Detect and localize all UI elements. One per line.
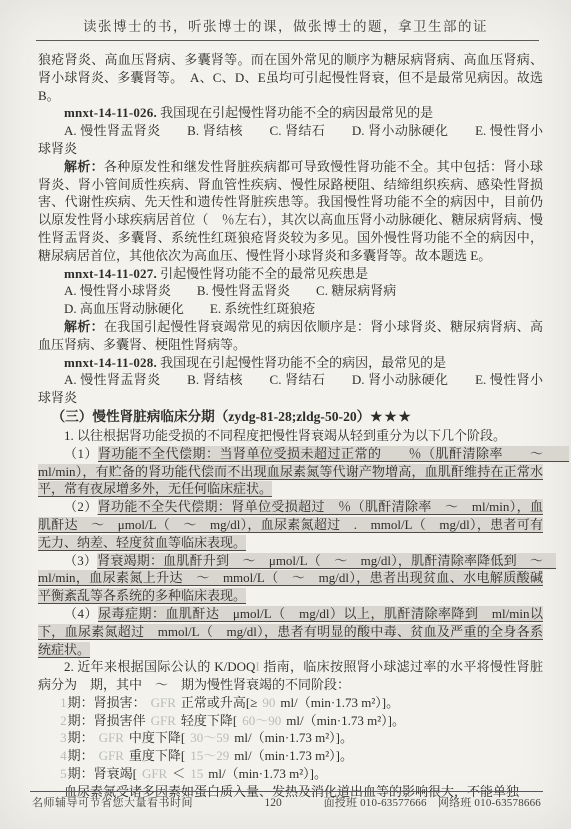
question-028: mnxt-14-11-028. 我国现在引起慢性肾功能不全的病因，最常见的是 (38, 354, 543, 372)
footer-rule (30, 791, 543, 792)
stage-2-gfr: GFR (151, 713, 176, 728)
analysis-026: 解析：各种原发性和继发性肾脏疾病都可导致慢性肾功能不全。其中包括：肾小球肾炎、肾… (38, 158, 543, 265)
staging-paragraph-1: （1）肾功能不全代偿期：当肾单位受损未超过正常的 ％（肌酐清除率 ～ ml/mi… (38, 445, 543, 498)
options-027-line1: A. 慢性肾小球肾炎 B. 慢性肾盂肾炎 C. 糖尿病肾病 (38, 282, 543, 300)
options-026: A. 慢性肾盂肾炎 B. 肾结核 C. 肾结石 D. 肾小动脉硬化 E. 慢性肾… (38, 122, 543, 158)
stage-1-desc: 正常或升高[≥ (181, 695, 257, 710)
stage-5-number: 5 (60, 766, 67, 781)
stage-2-number: 2 (60, 713, 67, 728)
staging-intro: 1. 以往根据肾功能受损的不同程度把慢性肾衰竭从轻到重分为以下几个阶段。 (38, 427, 543, 445)
footer-row: 名师辅导可节省您大量看书时间 120 面授班 010-63577666 网络班 … (32, 794, 541, 810)
section-heading: （三）慢性肾脏病临床分期（zydg-81-28;zldg-50-20）★★★ (38, 407, 543, 427)
analysis-027: 解析：在我国引起慢性肾衰竭常见的病因依顺序是：肾小球肾炎、糖尿病肾病、高血压肾病… (38, 318, 543, 354)
question-026-id: mnxt-14-11-026. (64, 105, 157, 120)
staging-paragraph-1-text: 肾功能不全代偿期：当肾单位受损未超过正常的 ％（肌酐清除率 ～ ml/min），… (38, 446, 569, 497)
gfr-stage-line-3: 3期：GFR中度下降[30～59ml/（min·1.73 m²）]。 (38, 729, 543, 747)
stage-1-gfr: GFR (151, 695, 176, 710)
stage-1-number: 1 (60, 695, 67, 710)
stage-1-unit: ml/（min·1.73 m²）]。 (280, 695, 399, 710)
question-028-stem: 我国现在引起慢性肾功能不全的病因，最常见的是 (160, 355, 446, 370)
stage-4-desc: 重度下降[ (129, 748, 185, 763)
kdoqi-paragraph: 2. 近年来根据国际公认的 K/DOQI 指南，临床按照肾小球滤过率的水平将慢性… (38, 658, 543, 694)
staging-paragraph-2-label: （2） (64, 499, 98, 514)
stage-4-number: 4 (60, 748, 67, 763)
question-026-stem: 我国现在引起慢性肾功能不全的病因最常见的是 (160, 105, 433, 120)
scanned-book-page: 读张博士的书，听张博士的课，做张博士的题，拿卫生部的证 狼疮肾炎、高血压肾病、多… (0, 0, 571, 829)
stage-3-gfr: GFR (99, 730, 124, 745)
stage-5-value: 15 (190, 766, 203, 781)
stage-1-value: 90 (262, 695, 275, 710)
analysis-026-label: 解析： (64, 159, 104, 174)
stage-3-unit: ml/（min·1.73 m²）]。 (234, 730, 353, 745)
stage-5-desc: ＜ (172, 766, 185, 781)
page-body: 狼疮肾炎、高血压肾病、多囊肾等。而在国外常见的顺序为糖尿病肾病、高血压肾病、肾小… (38, 51, 543, 801)
page-header-slogan: 读张博士的书，听张博士的课，做张博士的题，拿卫生部的证 (0, 0, 571, 35)
stage-4-text: 期： (68, 748, 94, 763)
stage-2-text: 期：肾损害伴 (68, 713, 146, 728)
gfr-stage-line-2: 2期：肾损害伴GFR轻度下降[60～90ml/（min·1.73 m²）]。 (38, 712, 543, 730)
gfr-stage-line-1: 1期：肾损害：GFR正常或升高[≥90ml/（min·1.73 m²）]。 (38, 694, 543, 712)
staging-paragraph-3-text: 肾衰竭期：血肌酐升到 ～ μmol/L（ ～ mg/dl），肌酐清除率降低到 ～… (38, 553, 556, 604)
stage-4-gfr: GFR (99, 748, 124, 763)
gfr-stage-line-5: 5期：肾衰竭[GFR＜15ml/（min·1.73 m²）]。 (38, 765, 543, 783)
stage-5-text: 期：肾衰竭[ (68, 766, 137, 781)
kdoqi-pre: 2. 近年来根据国际公认的 K/DOQ (64, 659, 255, 674)
question-028-id: mnxt-14-11-028. (64, 355, 157, 370)
question-027: mnxt-14-11-027. 引起慢性肾功能不全的最常见疾患是 (38, 265, 543, 283)
star-rating-icon: ★★★ (370, 409, 413, 424)
staging-paragraph-4: （4）尿毒症期：血肌酐达 μmol/L（ mg/dl）以上，肌酐清除率降到 ml… (38, 605, 543, 658)
stage-2-value: 60～90 (242, 713, 281, 728)
footer-left-text: 名师辅导可节省您大量看书时间 (32, 794, 228, 810)
options-027-line2: D. 高血压肾动脉硬化 E. 系统性红斑狼疮 (38, 300, 543, 318)
stage-3-desc: 中度下降[ (129, 730, 185, 745)
stage-2-unit: ml/（min·1.73 m²）]。 (286, 713, 405, 728)
header-rule (36, 40, 539, 41)
staging-paragraph-3-label: （3） (64, 553, 97, 568)
staging-paragraph-1-label: （1） (64, 446, 98, 461)
analysis-026-text: 各种原发性和继发性肾脏疾病都可导致慢性肾功能不全。其中包括：肾小球肾炎、肾小管间… (38, 159, 543, 263)
stage-3-number: 3 (60, 730, 67, 745)
question-026: mnxt-14-11-026. 我国现在引起慢性肾功能不全的病因最常见的是 (38, 104, 543, 122)
page-footer: 名师辅导可节省您大量看书时间 120 面授班 010-63577666 网络班 … (0, 791, 571, 810)
options-028: A. 慢性肾盂肾炎 B. 肾结核 C. 肾结石 D. 肾小动脉硬化 E. 慢性肾… (38, 371, 543, 407)
page-number: 120 (228, 797, 318, 809)
staging-paragraph-4-label: （4） (64, 606, 98, 621)
kdoqi-faint-letter: I (255, 659, 259, 674)
continuation-paragraph: 狼疮肾炎、高血压肾病、多囊肾等。而在国外常见的顺序为糖尿病肾病、高血压肾病、肾小… (38, 51, 543, 104)
analysis-027-text: 在我国引起慢性肾衰竭常见的病因依顺序是：肾小球肾炎、糖尿病肾病、高血压肾病、多囊… (38, 319, 543, 352)
staging-paragraph-3: （3）肾衰竭期：血肌酐升到 ～ μmol/L（ ～ mg/dl），肌酐清除率降低… (38, 552, 543, 605)
footer-contact-phones: 面授班 010-63577666 网络班 010-63578666 (318, 794, 541, 810)
question-027-stem: 引起慢性肾功能不全的最常见疾患是 (160, 266, 368, 281)
staging-paragraph-2: （2）肾功能不全失代偿期：肾单位受损超过 ％（肌酐清除率 ～ ml/min），血… (38, 498, 543, 551)
stage-3-text: 期： (68, 730, 94, 745)
stage-1-text: 期：肾损害： (68, 695, 146, 710)
stage-5-gfr: GFR (142, 766, 167, 781)
stage-3-value: 30～59 (190, 730, 229, 745)
gfr-stage-line-4: 4期：GFR重度下降[15～29ml/（min·1.73 m²）]。 (38, 747, 543, 765)
stage-5-unit: ml/（min·1.73 m²）]。 (208, 766, 327, 781)
staging-paragraph-4-text: 尿毒症期：血肌酐达 μmol/L（ mg/dl）以上，肌酐清除率降到 ml/mi… (38, 606, 543, 657)
analysis-027-label: 解析： (64, 319, 104, 334)
stage-4-unit: ml/（min·1.73 m²）]。 (234, 748, 353, 763)
section-heading-title: （三）慢性肾脏病临床分期（zydg-81-28;zldg-50-20） (52, 409, 371, 424)
staging-paragraph-2-text: 肾功能不全失代偿期：肾单位受损超过 ％（肌酐清除率 ～ ml/min），血肌酐达… (38, 499, 543, 550)
stage-2-desc: 轻度下降[ (181, 713, 237, 728)
question-027-id: mnxt-14-11-027. (64, 266, 157, 281)
stage-4-value: 15～29 (190, 748, 229, 763)
